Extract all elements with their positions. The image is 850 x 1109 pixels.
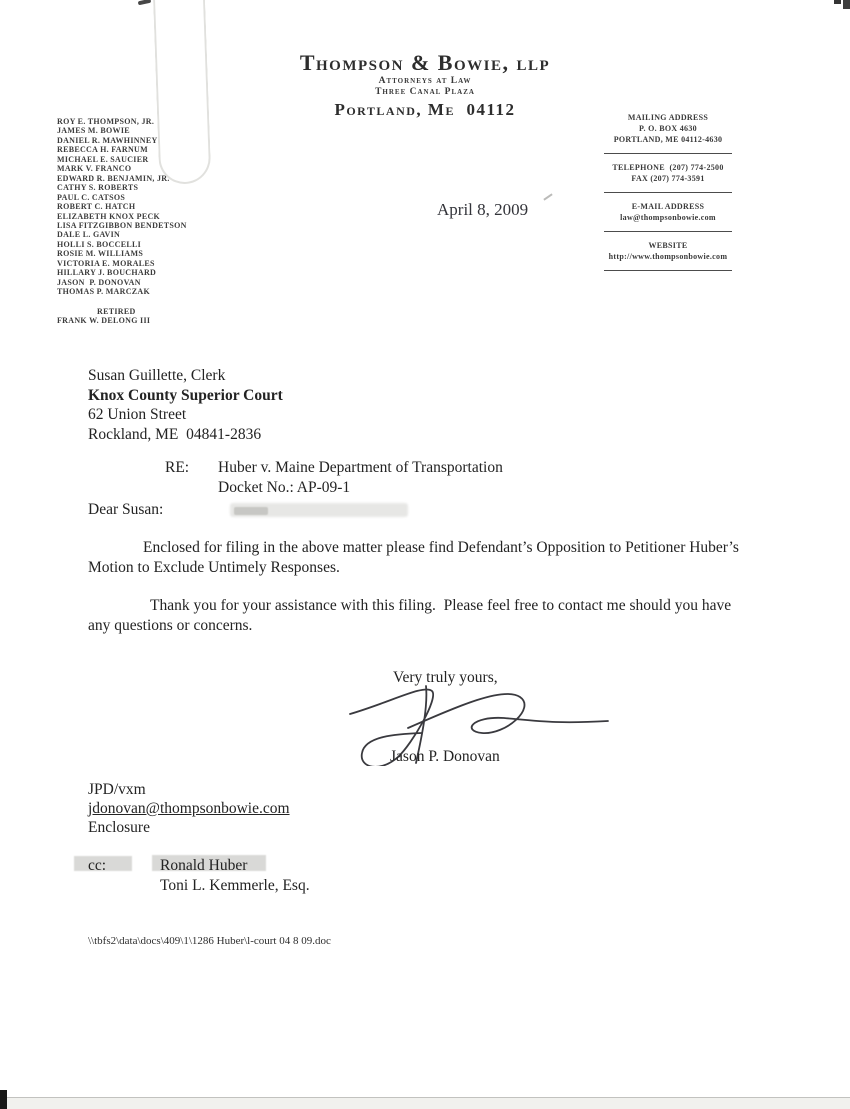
website-url: http://www.thompsonbowie.com (578, 251, 758, 262)
attorney-name: LISA FITZGIBBON BENDETSON (57, 221, 247, 230)
website-block: WEBSITE http://www.thompsonbowie.com (578, 240, 758, 271)
telephone-number: TELEPHONE (207) 774-2500 (578, 162, 758, 173)
attorney-name: ROSIE M. WILLIAMS (57, 249, 247, 258)
email-label: E-MAIL ADDRESS (578, 201, 758, 212)
recipient-address: Susan Guillette, Clerk Knox County Super… (88, 366, 283, 444)
attorney-name: DANIEL R. MAWHINNEY (57, 136, 247, 145)
attorney-roster: ROY E. THOMPSON, JR.JAMES M. BOWIEDANIEL… (57, 117, 247, 326)
telephone-block: TELEPHONE (207) 774-2500 FAX (207) 774-3… (578, 162, 758, 193)
recipient-city-zip: Rockland, ME 04841-2836 (88, 425, 283, 445)
mailing-city-zip: PORTLAND, ME 04112-4630 (578, 134, 758, 145)
attorney-name: PAUL C. CATSOS (57, 193, 247, 202)
scan-bottom-strip (0, 1098, 850, 1109)
firm-subtitle-plaza: Three Canal Plaza (0, 87, 850, 98)
sender-email: jdonovan@thompsonbowie.com (88, 799, 290, 818)
attorney-name: ROY E. THOMPSON, JR. (57, 117, 247, 126)
body-paragraph-1: Enclosed for filing in the above matter … (88, 538, 750, 577)
firm-subtitle-attorneys: Attorneys at Law (0, 76, 850, 87)
attorney-name: HOLLI S. BOCCELLI (57, 240, 247, 249)
cc-label: cc: (88, 856, 160, 896)
subject-block: RE: Huber v. Maine Department of Transpo… (165, 458, 503, 497)
scan-mark-top-right (834, 0, 841, 4)
attorney-name: CATHY S. ROBERTS (57, 183, 247, 192)
scan-mark-bottom-left (0, 1090, 7, 1109)
re-text: Huber v. Maine Department of Transportat… (218, 458, 503, 497)
re-docket-number: Docket No.: AP-09-1 (218, 478, 503, 498)
letterhead: Thompson & Bowie, llp Attorneys at Law T… (0, 50, 850, 120)
firm-name: Thompson & Bowie, llp (0, 50, 850, 76)
salutation: Dear Susan: (88, 500, 163, 520)
recipient-court: Knox County Superior Court (88, 386, 283, 406)
cc-name: Ronald Huber (160, 856, 310, 876)
mailing-address-label: MAILING ADDRESS (578, 112, 758, 123)
attorney-name: MICHAEL E. SAUCIER (57, 155, 247, 164)
erased-text-smudge-2 (234, 507, 268, 515)
recipient-street: 62 Union Street (88, 405, 283, 425)
attorney-name: JASON P. DONOVAN (57, 278, 247, 287)
retired-attorney-name: FRANK W. DELONG III (57, 316, 247, 325)
re-case-name: Huber v. Maine Department of Transportat… (218, 458, 503, 478)
attorney-name: DALE L. GAVIN (57, 230, 247, 239)
attorney-name: EDWARD R. BENJAMIN, JR. (57, 174, 247, 183)
document-file-path: \\tbfs2\data\docs\409\1\1286 Huber\l-cou… (88, 932, 331, 952)
mailing-po-box: P. O. BOX 4630 (578, 123, 758, 134)
attorney-name: REBECCA H. FARNUM (57, 145, 247, 154)
attorney-name: MARK V. FRANCO (57, 164, 247, 173)
retired-label: RETIRED (57, 307, 247, 316)
attorney-name: HILLARY J. BOUCHARD (57, 268, 247, 277)
attorney-name: ELIZABETH KNOX PECK (57, 212, 247, 221)
attorney-name-list: ROY E. THOMPSON, JR.JAMES M. BOWIEDANIEL… (57, 117, 247, 297)
re-label: RE: (165, 458, 218, 497)
reference-block: JPD/vxm jdonovan@thompsonbowie.com Enclo… (88, 780, 290, 837)
scan-mark-top (138, 0, 152, 5)
scan-mark-top-right-2 (843, 0, 850, 9)
attorney-name: JAMES M. BOWIE (57, 126, 247, 135)
signer-name: Jason P. Donovan (390, 747, 500, 767)
email-address: law@thompsonbowie.com (578, 212, 758, 223)
scan-crease (543, 193, 552, 200)
attorney-name: THOMAS P. MARCZAK (57, 287, 247, 296)
divider-rule (604, 231, 732, 232)
erased-text-smudge (230, 503, 408, 517)
divider-rule (604, 192, 732, 193)
cc-block: cc: Ronald HuberToni L. Kemmerle, Esq. (88, 856, 310, 896)
divider-rule (604, 270, 732, 271)
mailing-address-block: MAILING ADDRESS P. O. BOX 4630 PORTLAND,… (578, 112, 758, 154)
recipient-name: Susan Guillette, Clerk (88, 366, 283, 386)
fax-number: FAX (207) 774-3591 (578, 173, 758, 184)
attorney-name: ROBERT C. HATCH (57, 202, 247, 211)
email-block: E-MAIL ADDRESS law@thompsonbowie.com (578, 201, 758, 232)
enclosure-note: Enclosure (88, 818, 290, 837)
divider-rule (604, 153, 732, 154)
body-paragraph-2: Thank you for your assistance with this … (88, 596, 750, 635)
attorney-name: VICTORIA E. MORALES (57, 259, 247, 268)
cc-name: Toni L. Kemmerle, Esq. (160, 876, 310, 896)
letter-date: April 8, 2009 (437, 200, 528, 220)
cc-name-list: Ronald HuberToni L. Kemmerle, Esq. (160, 856, 310, 896)
website-label: WEBSITE (578, 240, 758, 251)
contact-column: MAILING ADDRESS P. O. BOX 4630 PORTLAND,… (578, 112, 758, 279)
typist-initials: JPD/vxm (88, 780, 290, 799)
scanned-letter-page: Thompson & Bowie, llp Attorneys at Law T… (0, 0, 850, 1109)
scan-bottom-edge-line (0, 1097, 850, 1098)
